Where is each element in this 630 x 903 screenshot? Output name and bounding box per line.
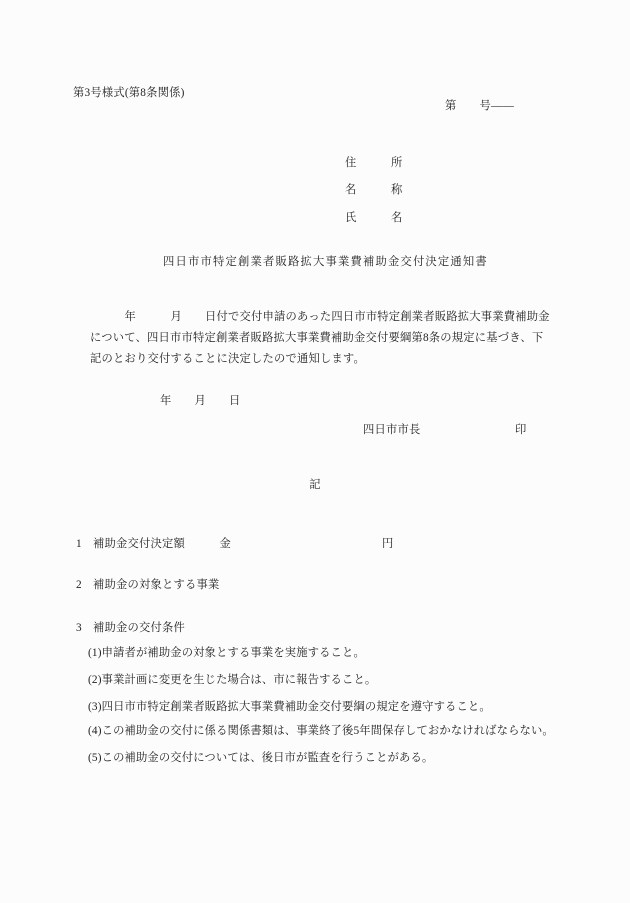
recipient-person-label: 氏 名	[345, 212, 403, 224]
condition-2: (2)事業計画に変更を生じた場合は、市に報告すること。	[88, 674, 376, 686]
body-paragraph: 年 月 日付で交付申請のあった四日市市特定創業者販路拡大事業費補助金 について、…	[90, 307, 555, 370]
recipient-name-label: 名 称	[345, 184, 403, 196]
condition-3: (3)四日市市特定創業者販路拡大事業費補助金交付要綱の規定を遵守すること。	[88, 701, 491, 713]
body-line-1: 年 月 日付で交付申請のあった四日市市特定創業者販路拡大事業費補助金	[90, 307, 555, 328]
body-line-2: について、四日市市特定創業者販路拡大事業費補助金交付要綱第8条の規定に基づき、下	[90, 328, 555, 349]
item-1-label: 補助金交付決定額 金	[93, 538, 231, 550]
document-page: 第3号様式(第8条関係) 第 号―― 住 所 名 称 氏 名 四日市市特定創業者…	[0, 0, 630, 903]
recipient-address-label: 住 所	[345, 157, 403, 169]
condition-4: (4)この補助金の交付に係る関係書類は、事業終了後5年間保存しておかなければなら…	[88, 725, 554, 737]
body-line-3: 記のとおり交付することに決定したので通知します。	[90, 349, 555, 370]
issue-date-line: 年 月 日	[160, 395, 240, 407]
item-1-currency-suffix: 円	[382, 538, 394, 550]
condition-5: (5)この補助金の交付については、後日市が監査を行うことがある。	[88, 752, 433, 764]
document-number: 第 号――	[445, 100, 514, 112]
item-1-number: 1	[76, 538, 82, 550]
item-2-number: 2	[76, 579, 82, 591]
seal-placeholder: 印	[515, 424, 527, 436]
document-title: 四日市市特定創業者販路拡大事業費補助金交付決定通知書	[163, 256, 488, 268]
item-2-label: 補助金の対象とする事業	[93, 579, 219, 591]
condition-1: (1)申請者が補助金の対象とする事業を実施すること。	[88, 647, 365, 659]
section-marker: 記	[0, 479, 630, 491]
item-3-label: 補助金の交付条件	[93, 622, 185, 634]
signer-title: 四日市市長	[363, 424, 421, 436]
item-3-number: 3	[76, 622, 82, 634]
form-number: 第3号様式(第8条関係)	[73, 87, 185, 99]
